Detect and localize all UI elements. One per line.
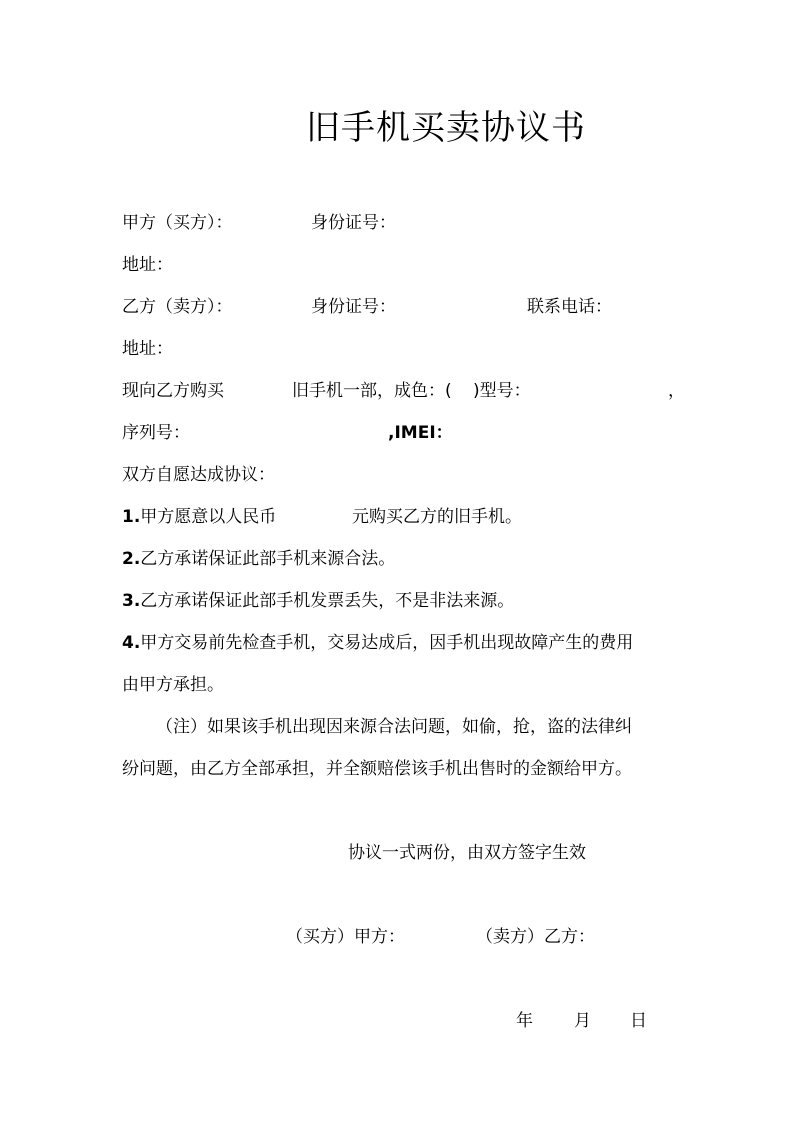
buyer-signature-label: （买方）甲方： — [286, 927, 405, 947]
purchase-middle: 旧手机一部，成色：( — [292, 381, 452, 401]
page-title: 旧手机买卖协议书 — [306, 108, 586, 148]
clause-4: 4.甲方交易前先检查手机，交易达成后，因手机出现故障产生的费用 — [122, 633, 633, 653]
clause-1: 1.甲方愿意以人民币 — [122, 507, 276, 527]
clause-number: 4. — [122, 633, 140, 653]
note-line-2: 纷问题，由乙方全部承担，并全额赔偿该手机出售时的金额给甲方。 — [122, 759, 632, 779]
clause-2: 2.乙方承诺保证此部手机来源合法。 — [122, 549, 395, 569]
model-label: )型号： — [473, 381, 531, 401]
imei-label: ,IMEI： — [388, 423, 453, 443]
clause-3: 3.乙方承诺保证此部手机发票丢失，不是非法来源。 — [122, 591, 514, 611]
seller-signature-label: （卖方）乙方： — [476, 927, 595, 947]
clause-4-cont: 由甲方承担。 — [122, 675, 224, 695]
serial-label: 序列号： — [122, 423, 190, 443]
clause-number: 1. — [122, 507, 140, 527]
date-month: 月 — [574, 1011, 591, 1031]
clause-text: 乙方承诺保证此部手机发票丢失，不是非法来源。 — [140, 591, 514, 611]
clause-text: 乙方承诺保证此部手机来源合法。 — [140, 549, 395, 569]
note-line-1: （注）如果该手机出现因来源合法问题，如偷，抢，盗的法律纠 — [156, 717, 632, 737]
trailing-comma: ， — [668, 381, 685, 401]
party-b-id-label: 身份证号： — [311, 297, 396, 317]
date-day: 日 — [630, 1011, 647, 1031]
clause-1-cont: 元购买乙方的旧手机。 — [352, 507, 522, 527]
party-b-label: 乙方（卖方）： — [122, 297, 233, 317]
effective-statement: 协议一式两份，由双方签字生效 — [348, 843, 586, 863]
clause-number: 3. — [122, 591, 140, 611]
agreement-intro: 双方自愿达成协议： — [122, 465, 275, 485]
clause-text: 甲方交易前先检查手机，交易达成后，因手机出现故障产生的费用 — [140, 633, 633, 653]
party-a-id-label: 身份证号： — [311, 213, 396, 233]
party-b-phone-label: 联系电话： — [527, 297, 612, 317]
party-a-address-label: 地址： — [122, 255, 173, 275]
purchase-prefix: 现向乙方购买 — [122, 381, 224, 401]
clause-text: 甲方愿意以人民币 — [140, 507, 276, 527]
party-a-label: 甲方（买方）： — [122, 213, 233, 233]
date-year: 年 — [516, 1011, 533, 1031]
clause-number: 2. — [122, 549, 140, 569]
party-b-address-label: 地址： — [122, 339, 173, 359]
